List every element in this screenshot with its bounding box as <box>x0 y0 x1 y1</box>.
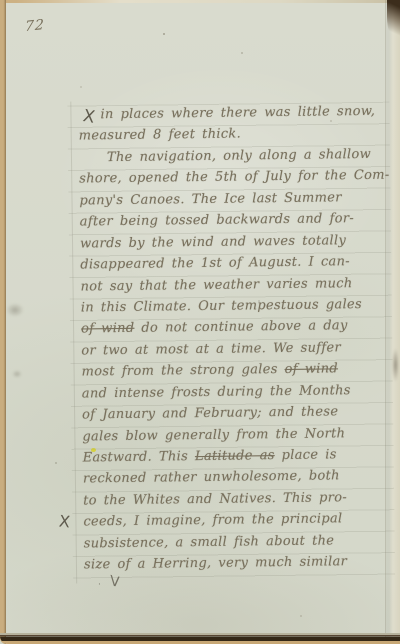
manuscript-line: of wind do not continue above a day <box>81 315 393 340</box>
handwritten-text: The navigation, only along a shallow <box>107 147 371 165</box>
handwritten-text: do not continue above a day <box>134 319 347 337</box>
manuscript-line: shore, opened the 5th of July for the Co… <box>79 165 391 190</box>
check-mark: V <box>110 573 120 591</box>
handwritten-text: size of a Herring, very much similar <box>84 554 347 572</box>
manuscript-scan: 72 in places where there was little snow… <box>0 0 400 644</box>
check-mark-dot: · <box>98 580 101 590</box>
handwritten-text: not say that the weather varies much <box>80 276 352 294</box>
handwritten-text: measured 8 feet thick. <box>79 127 241 144</box>
manuscript-line: in places where there was little snow, <box>78 101 390 126</box>
manuscript-line: disappeared the 1st of August. I can- <box>80 251 392 276</box>
handwritten-text: in places where there was little snow, <box>100 104 375 122</box>
handwritten-text: disappeared the 1st of August. I can- <box>80 254 350 272</box>
handwritten-text: of January and February; and these <box>82 404 338 422</box>
handwritten-text: subsistence, a small fish about the <box>84 533 335 551</box>
struck-text: of wind <box>285 362 339 378</box>
handwritten-text: or two at most at a time. We suffer <box>81 340 341 358</box>
handwritten-text: place is <box>275 447 337 463</box>
text-block: in places where there was little snow,me… <box>78 101 396 576</box>
handwritten-text: ceeds, I imagine, from the principal <box>83 512 342 530</box>
handwritten-text: most from the strong gales <box>82 362 285 379</box>
handwritten-text: reckoned rather unwholesome, both <box>83 469 340 487</box>
writing-area: in places where there was little snow,me… <box>0 0 400 644</box>
struck-text: of wind <box>81 321 135 337</box>
handwritten-text: shore, opened the 5th of July for the Co… <box>79 168 389 187</box>
handwritten-text: wards by the wind and waves totally <box>80 233 346 251</box>
handwritten-text: and intense frosts during the Months <box>82 383 351 401</box>
handwritten-text: gales blow generally from the North <box>82 426 345 444</box>
handwritten-text: in this Climate. Our tempestuous gales <box>81 297 362 315</box>
manuscript-line: and intense frosts during the Months <box>82 379 394 404</box>
handwritten-text: after being tossed backwards and for- <box>80 211 354 229</box>
struck-text: Latitude as <box>195 448 275 464</box>
margin-x-mark-lower: X <box>58 511 71 531</box>
handwritten-text: pany's Canoes. The Ice last Summer <box>79 190 341 208</box>
manuscript-line: size of a Herring, very much similar <box>84 551 396 576</box>
handwritten-text: Eastward. This <box>83 449 196 465</box>
handwritten-text: to the Whites and Natives. This pro- <box>83 490 347 508</box>
